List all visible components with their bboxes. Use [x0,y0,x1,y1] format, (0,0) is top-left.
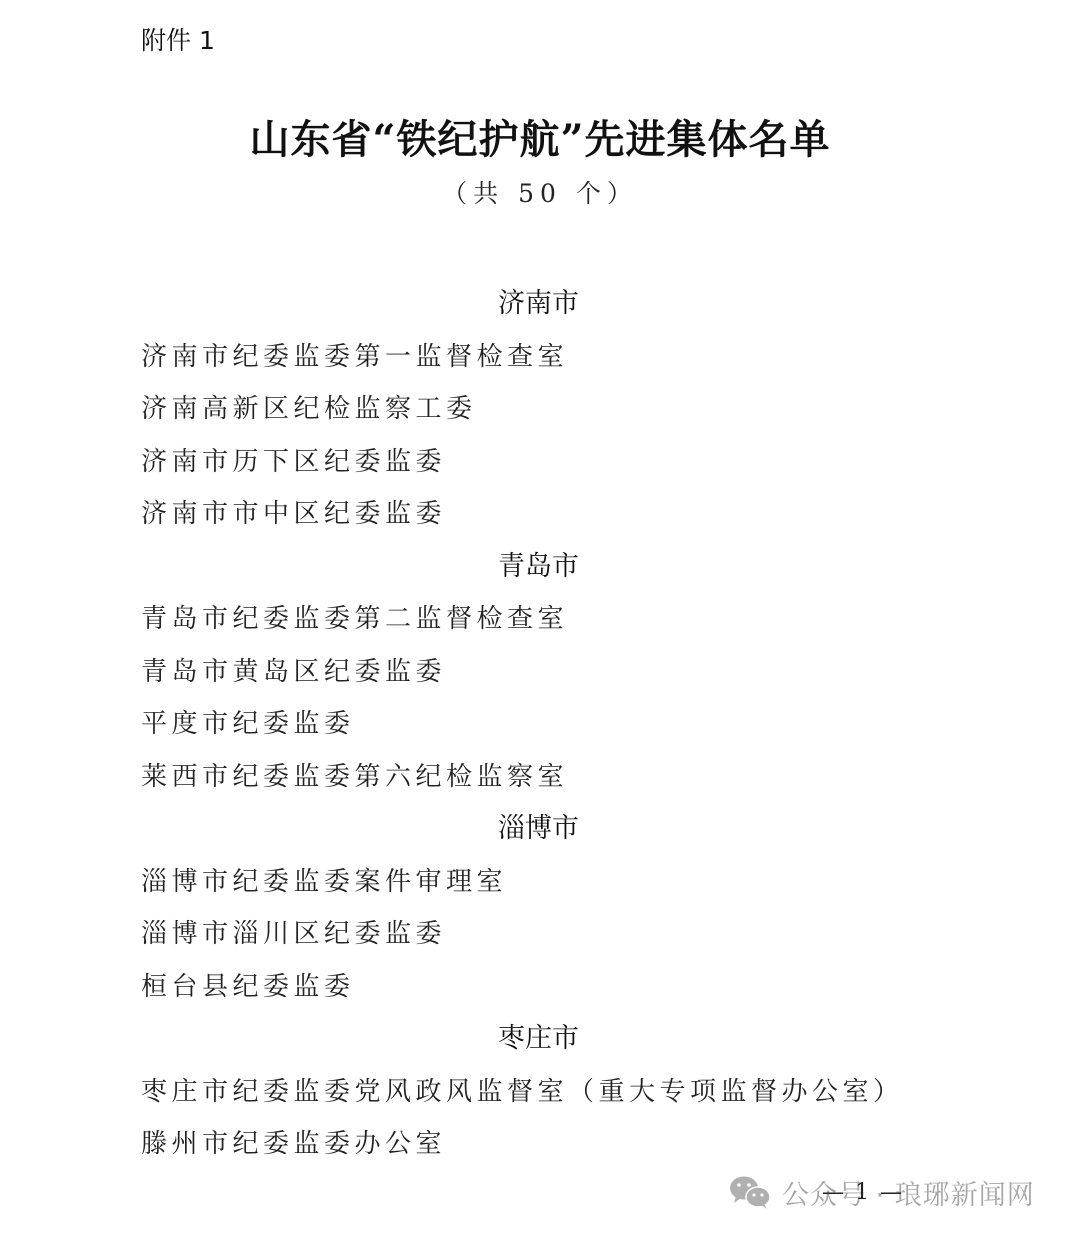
list-item: 青岛市纪委监委第二监督检查室 [141,593,941,646]
city-heading: 青岛市 [141,541,941,594]
list-item: 济南市历下区纪委监委 [141,436,941,489]
list-item: 莱西市纪委监委第六纪检监察室 [141,751,941,804]
list-item: 淄博市纪委监委案件审理室 [141,856,941,909]
list-item: 济南市市中区纪委监委 [141,488,941,541]
list-item: 滕州市纪委监委办公室 [141,1118,941,1171]
watermark-text: 公众号 · 琅琊新闻网 [782,1173,1035,1212]
list-item: 济南市纪委监委第一监督检查室 [141,331,941,384]
city-group-jinan: 济南市 济南市纪委监委第一监督检查室 济南高新区纪检监察工委 济南市历下区纪委监… [141,278,941,541]
city-group-qingdao: 青岛市 青岛市纪委监委第二监督检查室 青岛市黄岛区纪委监委 平度市纪委监委 莱西… [141,541,941,804]
document-subtitle: （共 50 个） [0,176,1080,212]
city-heading: 淄博市 [141,803,941,856]
city-heading: 枣庄市 [141,1013,941,1066]
list-item: 枣庄市纪委监委党风政风监督室（重大专项监督办公室） [141,1066,941,1119]
city-heading: 济南市 [141,278,941,331]
city-group-zaozhuang: 枣庄市 枣庄市纪委监委党风政风监督室（重大专项监督办公室） 滕州市纪委监委办公室 [141,1013,941,1171]
city-group-zibo: 淄博市 淄博市纪委监委案件审理室 淄博市淄川区纪委监委 桓台县纪委监委 [141,803,941,1013]
award-list: 济南市 济南市纪委监委第一监督检查室 济南高新区纪检监察工委 济南市历下区纪委监… [141,278,941,1171]
attachment-label: 附件 1 [141,24,215,58]
document-title: 山东省“铁纪护航”先进集体名单 [0,112,1080,168]
list-item: 济南高新区纪检监察工委 [141,383,941,436]
list-item: 平度市纪委监委 [141,698,941,751]
page-number: — 1 — [822,1178,904,1208]
wechat-icon [728,1174,772,1210]
list-item: 桓台县纪委监委 [141,961,941,1014]
list-item: 淄博市淄川区纪委监委 [141,908,941,961]
list-item: 青岛市黄岛区纪委监委 [141,646,941,699]
